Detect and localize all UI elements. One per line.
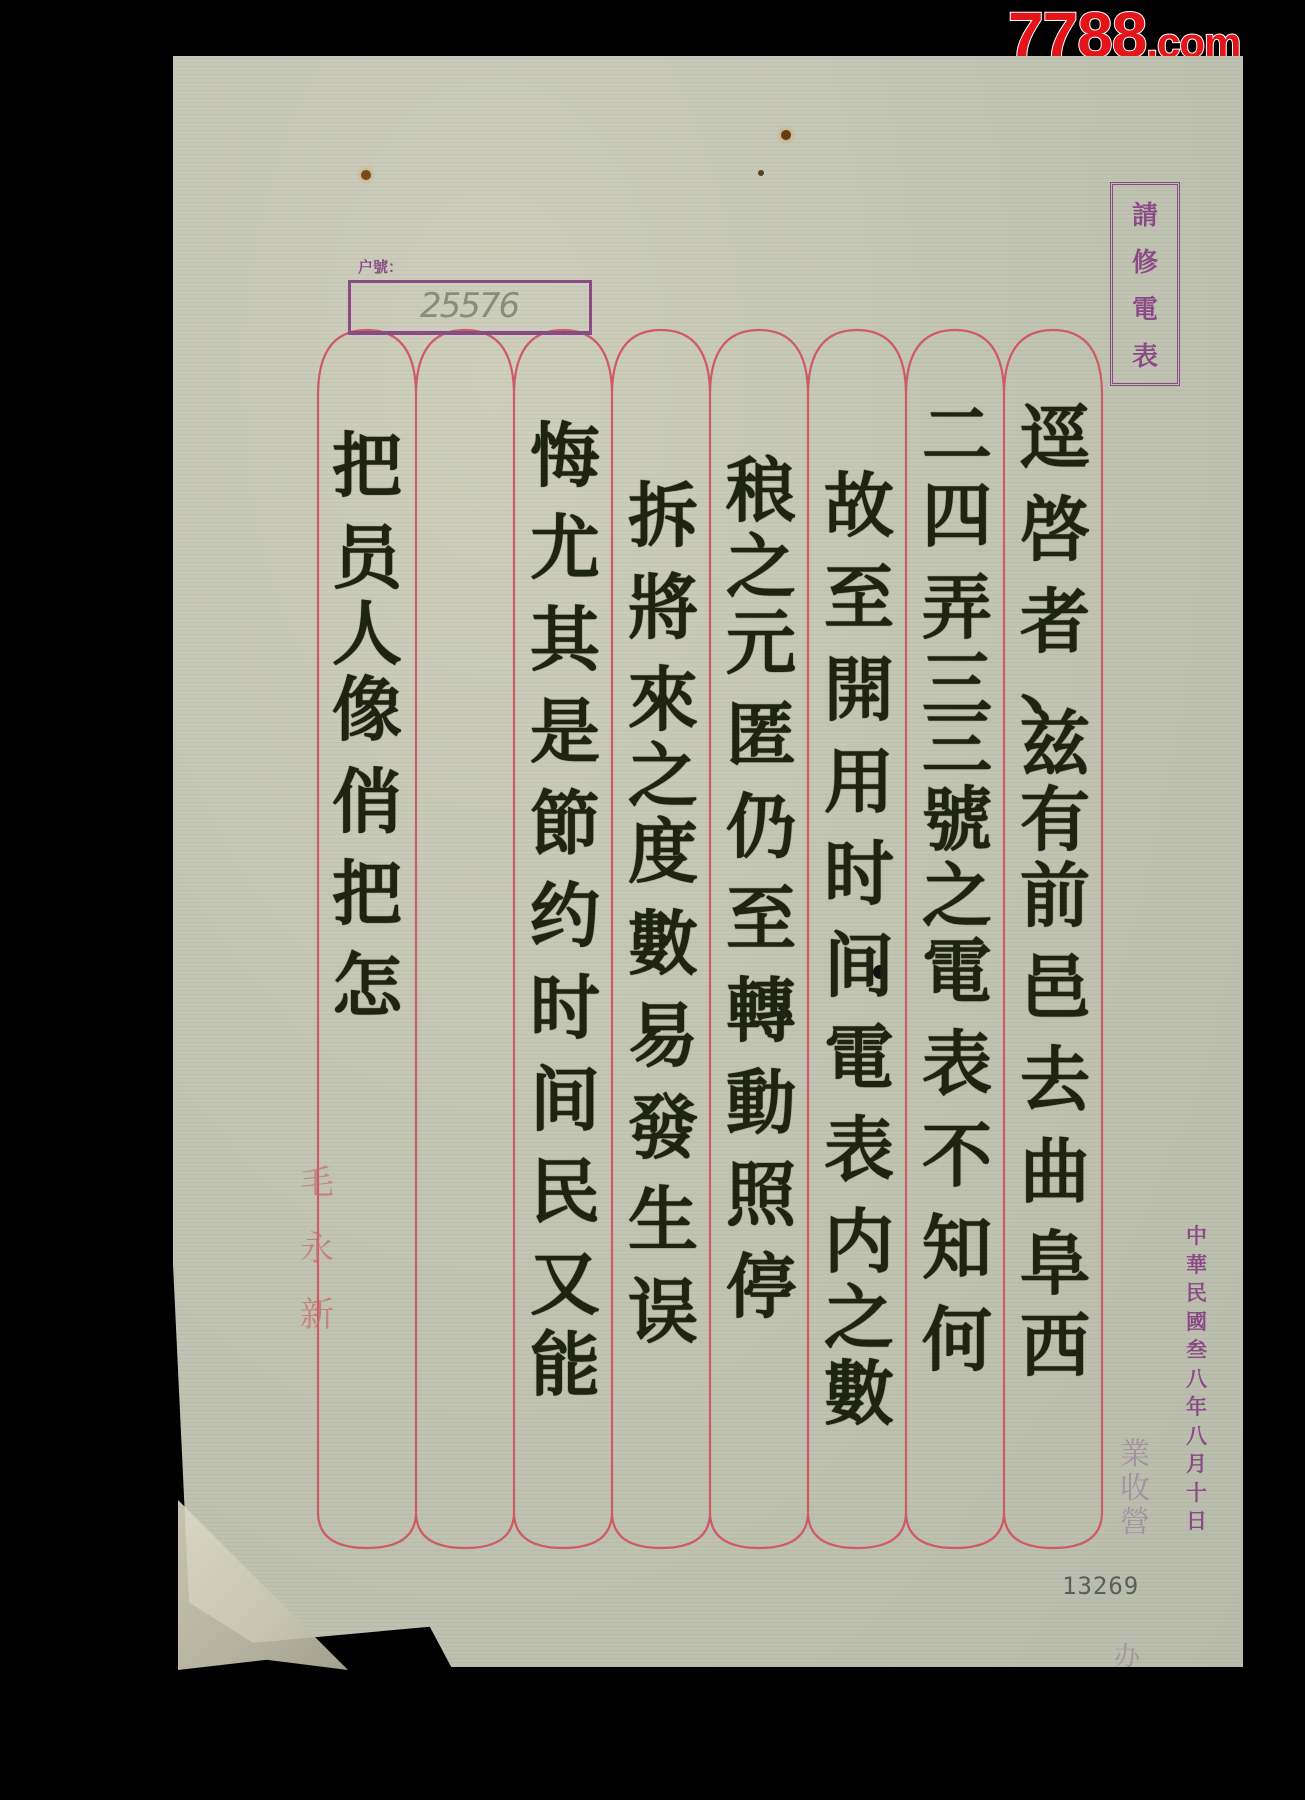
title-char: 電 <box>1132 289 1158 326</box>
title-char: 表 <box>1132 336 1158 373</box>
serial-number: 13269 <box>1062 1572 1139 1600</box>
rust-spot <box>781 130 791 140</box>
letter-column-7: 把 员 人 像 俏 把 怎 <box>320 420 414 1032</box>
signature-name: 毛 永 新 <box>300 1150 334 1348</box>
date-stamp: 中 華 民 國 叁 八 年 八 月 十 日 <box>1186 1222 1207 1536</box>
rust-spot <box>361 170 371 180</box>
title-char: 修 <box>1132 242 1158 279</box>
title-char: 請 <box>1132 195 1158 232</box>
receiver-stamp: 業 收 營 <box>1120 1438 1150 1540</box>
bottom-mark: 办 <box>1114 1636 1140 1673</box>
account-number-value: 25576 <box>420 286 518 326</box>
letter-column-3: 故 至 開 用 时 间 電 表 内 之 數 <box>812 460 906 1440</box>
rust-spot <box>758 170 764 176</box>
letter-column-1: 逕 啓 者 、 兹 有 前 邑 去 曲 阜 西 <box>1008 392 1102 1382</box>
account-number-label: 户號： <box>358 256 403 277</box>
letter-column-2: 二 四 弄 三 三 號 之 電 表 不 知 何 <box>910 400 1004 1386</box>
letter-column-6: 悔 尤 其 是 節 约 时 间 民 又 能 <box>518 410 612 1400</box>
letter-column-4: 稂 之 元 匿 仍 至 轉 動 照 停 <box>714 445 808 1333</box>
form-title-stamp: 請 修 電 表 <box>1110 182 1180 386</box>
letter-column-5: 拆 將 來 之 度 數 易 發 生 误 <box>616 470 710 1358</box>
